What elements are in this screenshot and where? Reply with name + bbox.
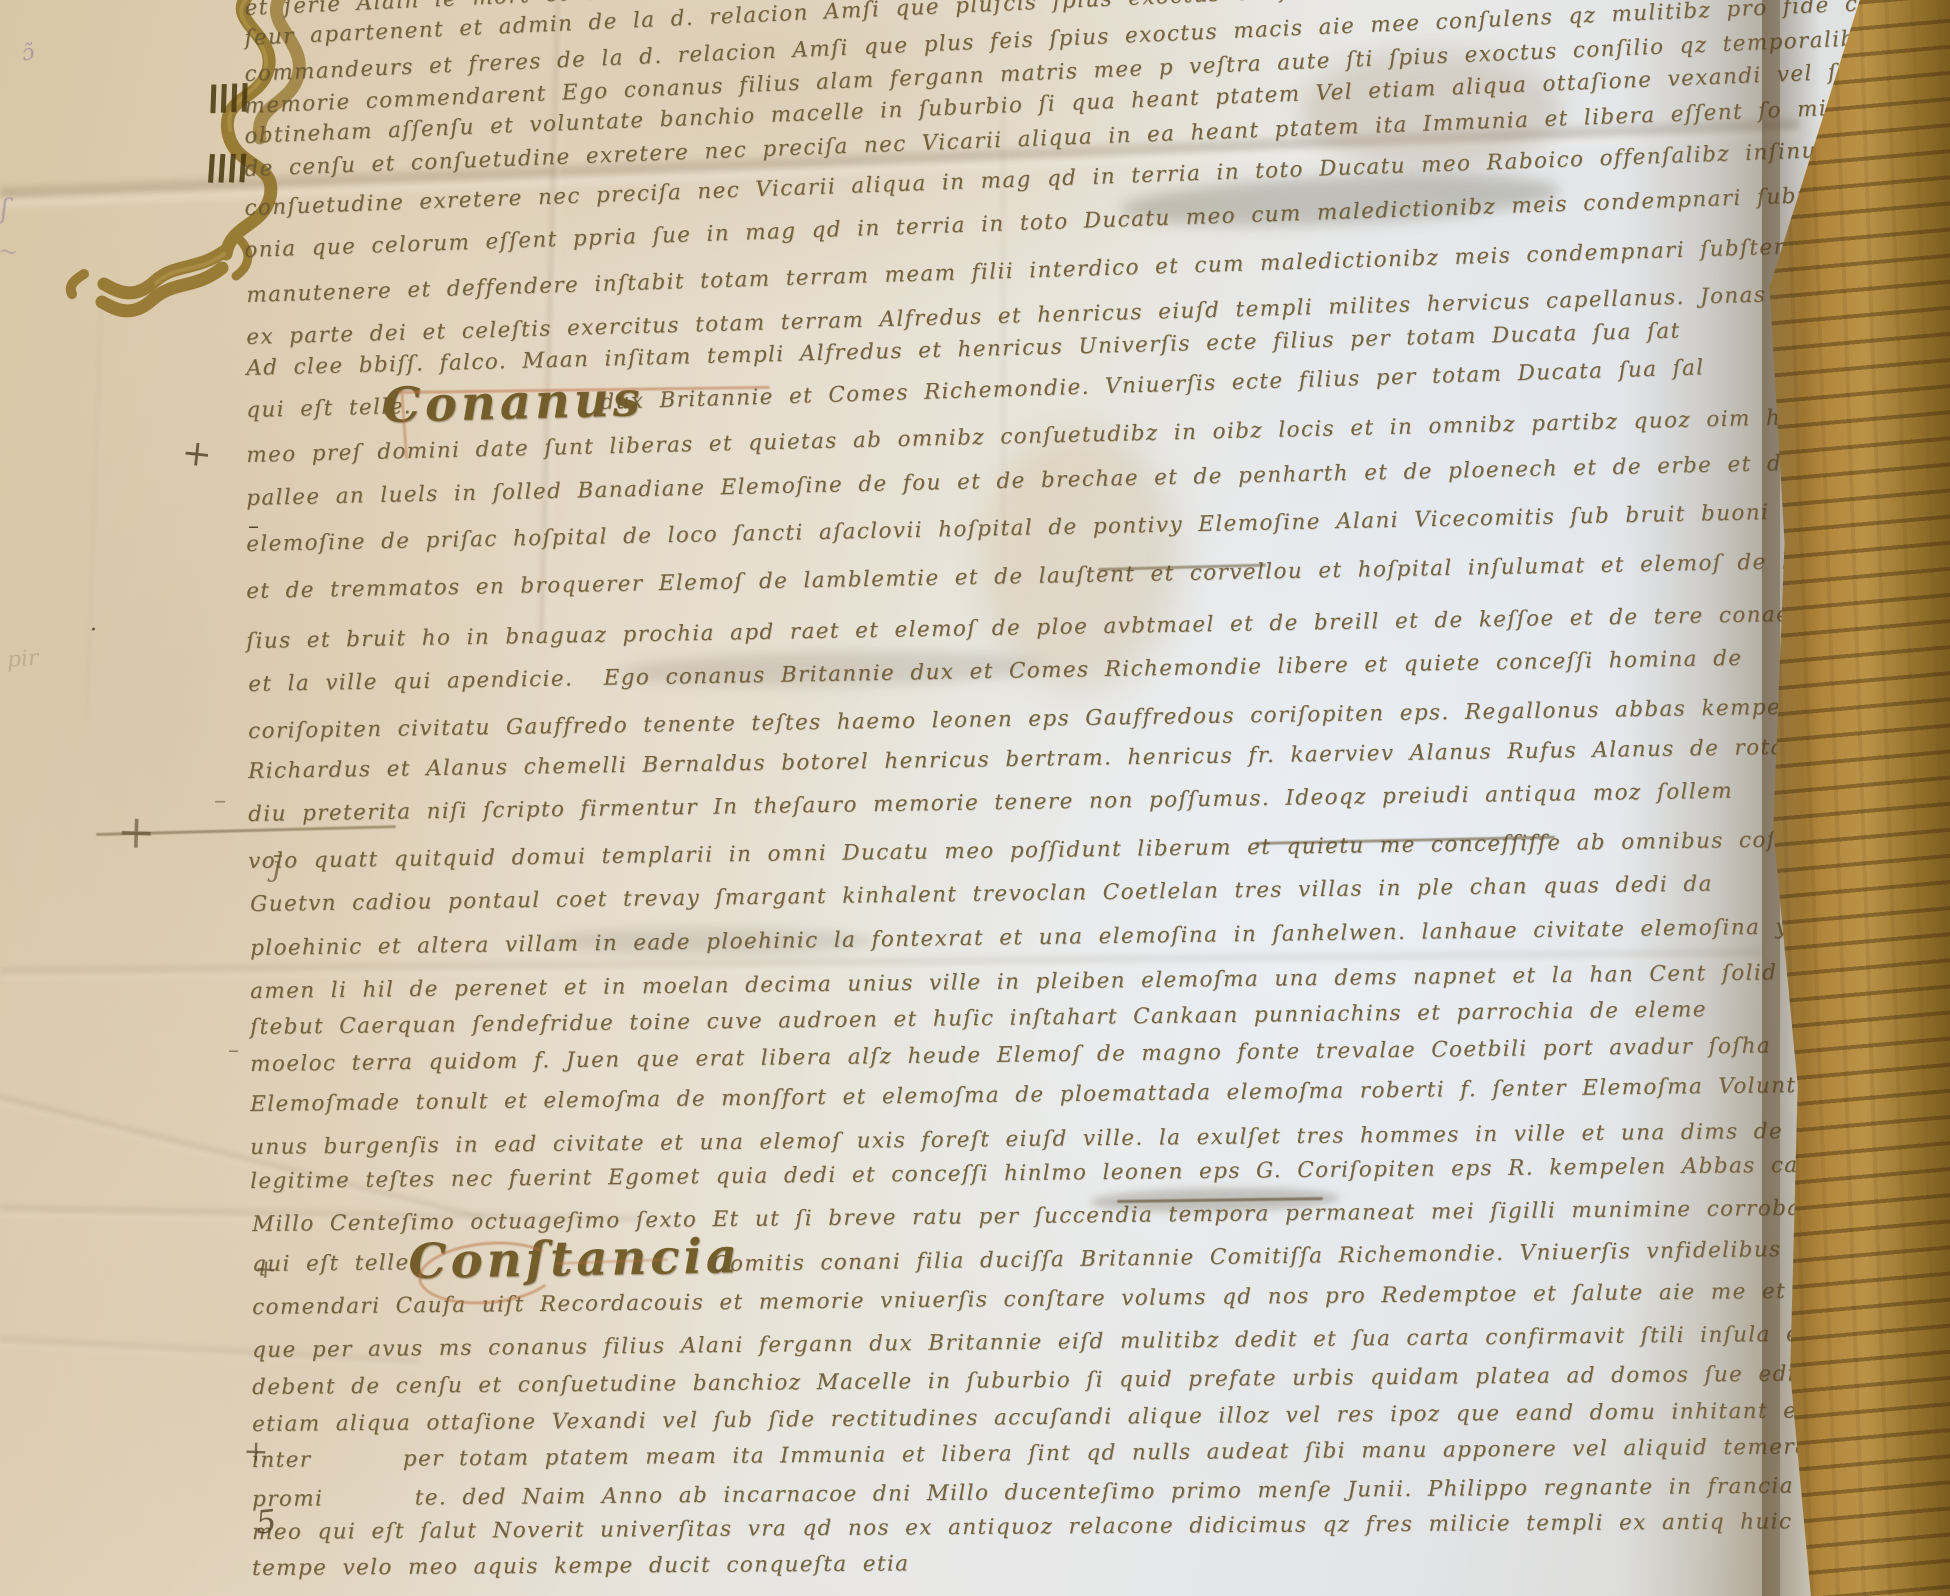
margin-numeral: 5	[254, 1502, 278, 1542]
margin-dash: –	[214, 786, 226, 814]
margin-marks: ++ȷ̄–––++5pir·ɔ̃ʃ~	[0, 0, 1950, 1596]
red-chalk-line	[401, 393, 409, 459]
margin-cross: +	[254, 1254, 278, 1285]
red-chalk-line	[556, 1258, 668, 1265]
ink-underline	[1117, 1197, 1323, 1203]
faint-pen-trial: ʃ	[0, 192, 10, 225]
red-chalk-circle	[416, 1236, 561, 1310]
margin-dash: –	[228, 1038, 239, 1063]
faint-pen-trial: ɔ̃	[20, 40, 36, 67]
red-chalk-line	[398, 386, 770, 394]
margin-dash: –	[248, 514, 259, 539]
ink-dot: ·	[90, 618, 97, 643]
faint-pen-trial: ~	[0, 236, 20, 267]
margin-cross: +	[243, 1434, 269, 1470]
ink-underline	[1098, 564, 1266, 571]
manuscript-photograph: et ſerie Alain le mort et admin deulx af…	[0, 0, 1950, 1596]
margin-note: pir	[6, 646, 39, 673]
ink-underline	[1255, 836, 1555, 845]
margin-cross: +	[116, 804, 156, 859]
margin-cross: +	[180, 432, 214, 476]
margin-letter: ȷ̄	[272, 850, 281, 883]
